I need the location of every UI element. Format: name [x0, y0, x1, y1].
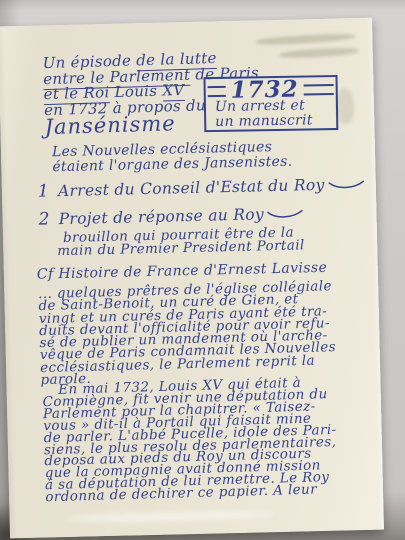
ink-bleedthrough — [255, 32, 355, 46]
list-item-2-text: Projet de réponse au Roy — [58, 205, 264, 228]
pen-flourish — [267, 208, 305, 221]
stamp-caption: Un arrest et un manuscrit — [206, 98, 336, 129]
double-line-decoration — [208, 85, 226, 96]
manuscript-page: Un épisode de la lutte entre le Parlemen… — [0, 18, 384, 539]
pen-flourish — [327, 179, 365, 192]
list-item-2-number: 2 — [38, 209, 50, 229]
photo-background: Un épisode de la lutte entre le Parlemen… — [0, 0, 405, 540]
paragraph-1: ... quelques prêtres de l'église collégi… — [38, 280, 337, 386]
list-item-1-text: Arrest du Conseil d'Estat du Roy — [58, 176, 325, 200]
stamp-box: 1732 Un arrest et un manuscrit — [203, 75, 338, 132]
paper-sheen — [65, 510, 275, 523]
ink-bleedthrough — [279, 47, 359, 60]
paragraph-2: En mai 1732, Louis XV qui était à Compiè… — [42, 377, 338, 504]
list-item-1-number: 1 — [38, 181, 50, 201]
ink-bleedthrough — [336, 88, 355, 124]
stamp-caption-line-2: un manuscrit — [215, 112, 336, 129]
list-item-1: 1Arrest du Conseil d'Estat du Roy — [38, 174, 366, 202]
subtitle-line-2: étaient l'organe des Jansenistes. — [52, 155, 292, 176]
subtitle-block: Les Nouvelles ecclésiastiques étaient l'… — [52, 140, 293, 176]
double-line-decoration — [304, 84, 334, 95]
